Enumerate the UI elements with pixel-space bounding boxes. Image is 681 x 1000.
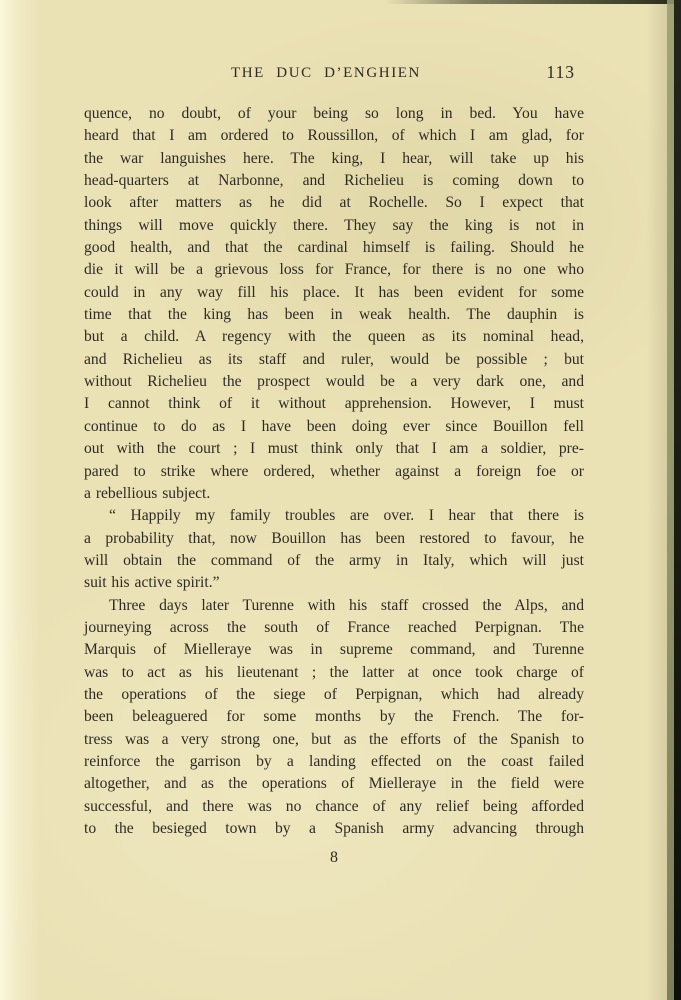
text-line: journeying across the south of France re… (84, 617, 584, 639)
text-line: a probability that, now Bouillon has bee… (84, 528, 584, 550)
text-line: Three days later Turenne with his staff … (84, 595, 584, 617)
page-right-edge-shading (667, 0, 674, 1000)
text-line: a rebellious subject. (84, 483, 584, 505)
text-line: without Richelieu the prospect would be … (84, 371, 584, 393)
text-line: will obtain the command of the army in I… (84, 550, 584, 572)
text-line: been beleaguered for some months by the … (84, 706, 584, 728)
text-line: I cannot think of it without apprehensio… (84, 393, 584, 415)
page-header: THE DUC D’ENGHIEN 113 (84, 62, 584, 88)
text-line: time that the king has been in weak heal… (84, 304, 584, 326)
page-body: quence, no doubt, of your being so long … (84, 103, 584, 840)
text-line: but a child. A regency with the queen as… (84, 326, 584, 348)
text-line: quence, no doubt, of your being so long … (84, 103, 584, 125)
text-line: things will move quickly there. They say… (84, 215, 584, 237)
book-page: THE DUC D’ENGHIEN 113 quence, no doubt, … (0, 0, 681, 1000)
text-line: good health, and that the cardinal himse… (84, 237, 584, 259)
paragraph: Three days later Turenne with his staff … (84, 595, 584, 841)
text-line: heard that I am ordered to Roussillon, o… (84, 125, 584, 147)
text-line: the operations of the siege of Perpignan… (84, 684, 584, 706)
text-line: head-quarters at Narbonne, and Richelieu… (84, 170, 584, 192)
running-title: THE DUC D’ENGHIEN (76, 65, 576, 82)
text-line: out with the court ; I must think only t… (84, 438, 584, 460)
text-line: pared to strike where ordered, whether a… (84, 461, 584, 483)
text-line: could in any way fill his place. It has … (84, 282, 584, 304)
text-line: successful, and there was no chance of a… (84, 796, 584, 818)
text-line: suit his active spirit.” (84, 572, 584, 594)
text-line: reinforce the garrison by a landing effe… (84, 751, 584, 773)
paragraph: quence, no doubt, of your being so long … (84, 103, 584, 505)
signature-mark: 8 (84, 849, 584, 867)
text-line: the war languishes here. The king, I hea… (84, 148, 584, 170)
text-line: continue to do as I have been doing ever… (84, 416, 584, 438)
text-line: to the besieged town by a Spanish army a… (84, 818, 584, 840)
page-number: 113 (546, 62, 575, 83)
text-line: was to act as his lieutenant ; the latte… (84, 662, 584, 684)
page-right-edge-dark (674, 0, 681, 1000)
text-line: and Richelieu as its staff and ruler, wo… (84, 349, 584, 371)
paragraph: “ Happily my family troubles are over. I… (84, 505, 584, 594)
page-top-edge-shadow (385, 0, 681, 4)
text-line: “ Happily my family troubles are over. I… (84, 505, 584, 527)
text-line: tress was a very strong one, but as the … (84, 729, 584, 751)
text-line: altogether, and as the operations of Mie… (84, 773, 584, 795)
text-line: Marquis of Mielleraye was in supreme com… (84, 639, 584, 661)
text-line: look after matters as he did at Rochelle… (84, 192, 584, 214)
text-line: die it will be a grievous loss for Franc… (84, 259, 584, 281)
